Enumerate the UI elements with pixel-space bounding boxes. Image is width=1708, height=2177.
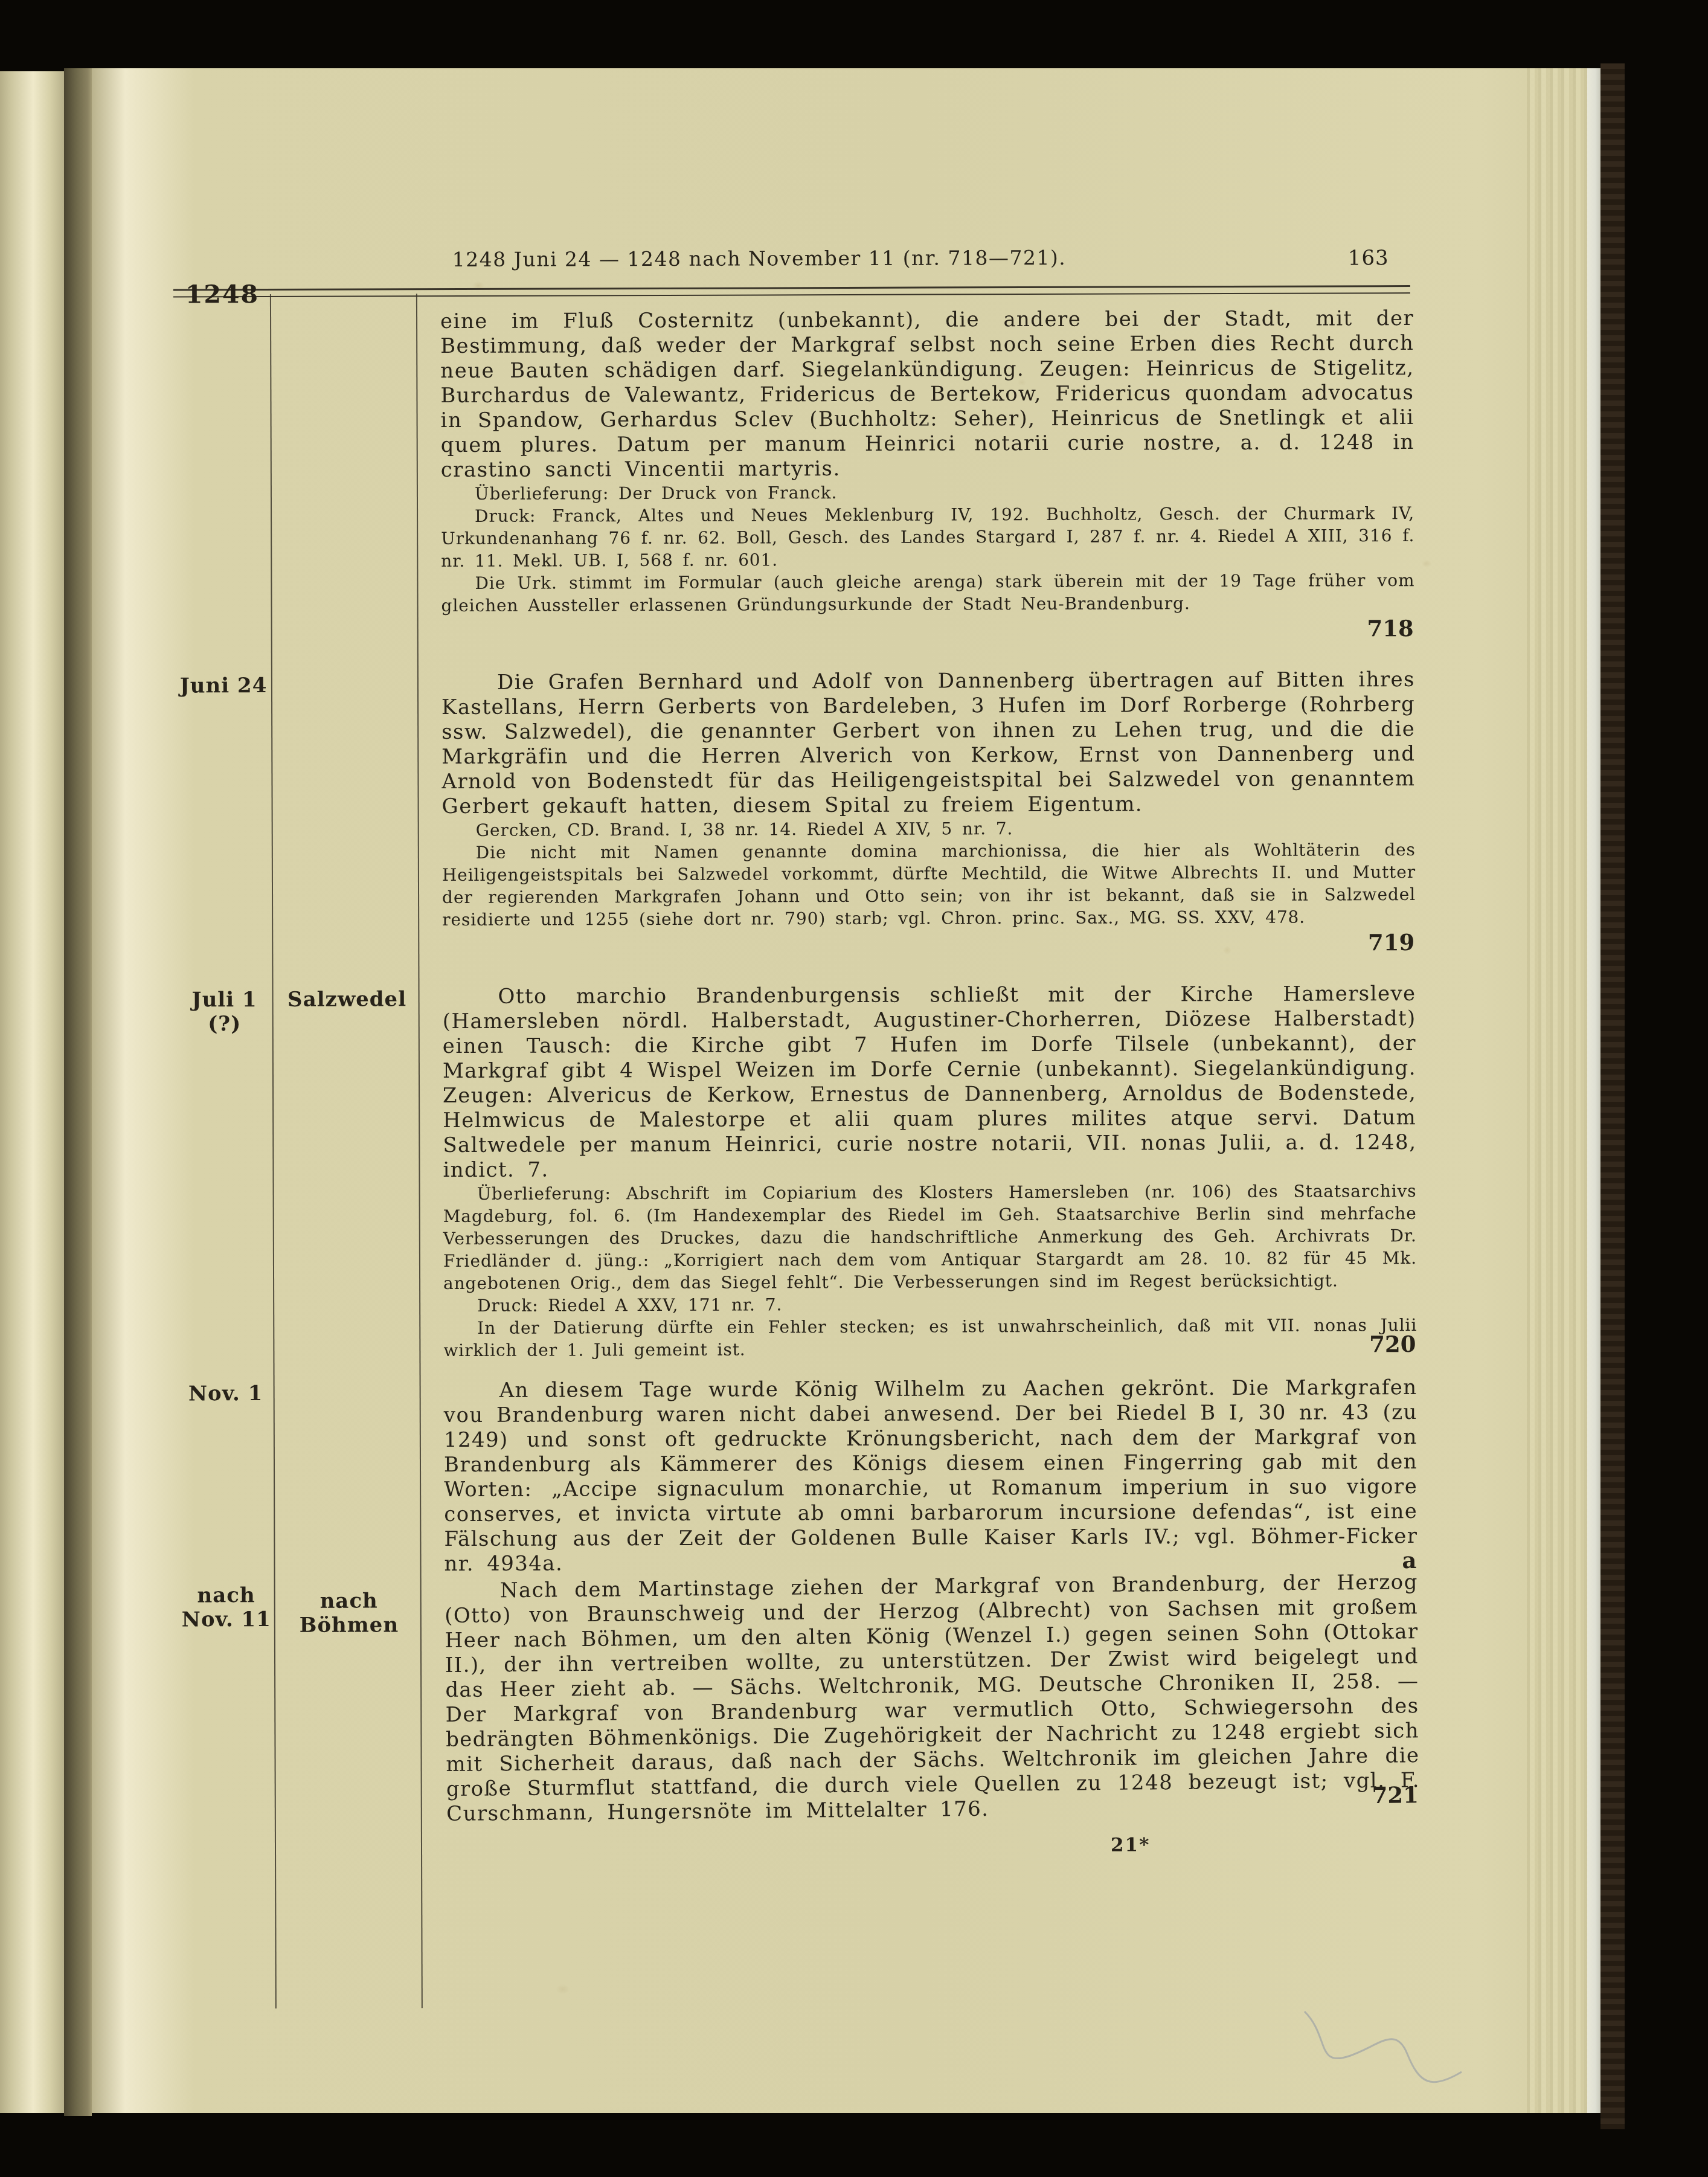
regest-text: Otto marchio Brandenburgensis schließt m… — [443, 982, 1417, 1183]
regest-entry-719: Die Grafen Bernhard und Adolf von Dannen… — [441, 667, 1416, 959]
regest-text: eine im Fluß Costernitz (unbekannt), die… — [440, 306, 1414, 483]
regest-entry-718: eine im Fluß Costernitz (unbekannt), die… — [440, 306, 1415, 645]
book-cover-edge — [1600, 63, 1625, 2129]
margin-date-a: Nov. 1 — [180, 1381, 272, 1406]
margin-place-720: Salzwedel — [278, 987, 416, 1012]
regest-note: Gercken, CD. Brand. I, 38 nr. 14. Riedel… — [442, 816, 1416, 841]
regest-number: 720 — [1369, 1331, 1416, 1357]
regest-note: Die Urk. stimmt im Formular (auch gleich… — [441, 569, 1414, 617]
page-number: 163 — [1348, 246, 1389, 270]
regest-note: Überlieferung: Der Druck von Franck. — [441, 480, 1414, 505]
book-gutter-shadow — [64, 68, 92, 2116]
header-rule — [173, 285, 1410, 297]
book-page: 1248 Juni 24 — 1248 nach November 11 (nr… — [92, 68, 1600, 2113]
margin-date-721: nach Nov. 11 — [181, 1583, 272, 1632]
margin-rule-right — [416, 294, 423, 2008]
regest-entry-a: An diesem Tage wurde König Wilhelm zu Aa… — [444, 1375, 1418, 1577]
running-head: 1248 Juni 24 — 1248 nach November 11 (nr… — [452, 245, 1177, 271]
regest-note: In der Datierung dürfte ein Fehler steck… — [443, 1314, 1417, 1362]
margin-date-720: Juli 1 (?) — [179, 988, 271, 1036]
printer-signature: 21* — [1111, 1834, 1150, 1856]
regest-number: 721 — [1372, 1781, 1419, 1809]
regest-entry-721: Nach dem Martinstage ziehen der Markgraf… — [445, 1570, 1421, 1827]
regest-number: 719 — [442, 929, 1416, 959]
margin-place-721: nach Böhmen — [280, 1589, 418, 1638]
regest-text: An diesem Tage wurde König Wilhelm zu Aa… — [444, 1375, 1418, 1577]
page-content: 1248 Juni 24 — 1248 nach November 11 (nr… — [89, 66, 1605, 2115]
previous-page-edge — [0, 71, 64, 2113]
regest-entry-720: Otto marchio Brandenburgensis schließt m… — [443, 982, 1417, 1362]
regest-note: Überlieferung: Abschrift im Copiarium de… — [443, 1180, 1417, 1294]
regest-note: Druck: Franck, Altes und Neues Meklenbur… — [441, 502, 1414, 572]
regest-text: Die Grafen Bernhard und Adolf von Dannen… — [441, 667, 1416, 819]
regest-note: Druck: Riedel A XXV, 171 nr. 7. — [443, 1291, 1417, 1317]
margin-date-719: Juni 24 — [178, 674, 269, 698]
margin-rule-left — [270, 294, 277, 2008]
margin-year: 1248 — [176, 282, 268, 306]
scanned-book-photo: 1248 Juni 24 — 1248 nach November 11 (nr… — [0, 0, 1708, 2177]
regest-note: Die nicht mit Namen genannte domina marc… — [442, 838, 1416, 931]
regest-number: 718 — [441, 615, 1415, 645]
regest-text: Nach dem Martinstage ziehen der Markgraf… — [445, 1570, 1421, 1827]
